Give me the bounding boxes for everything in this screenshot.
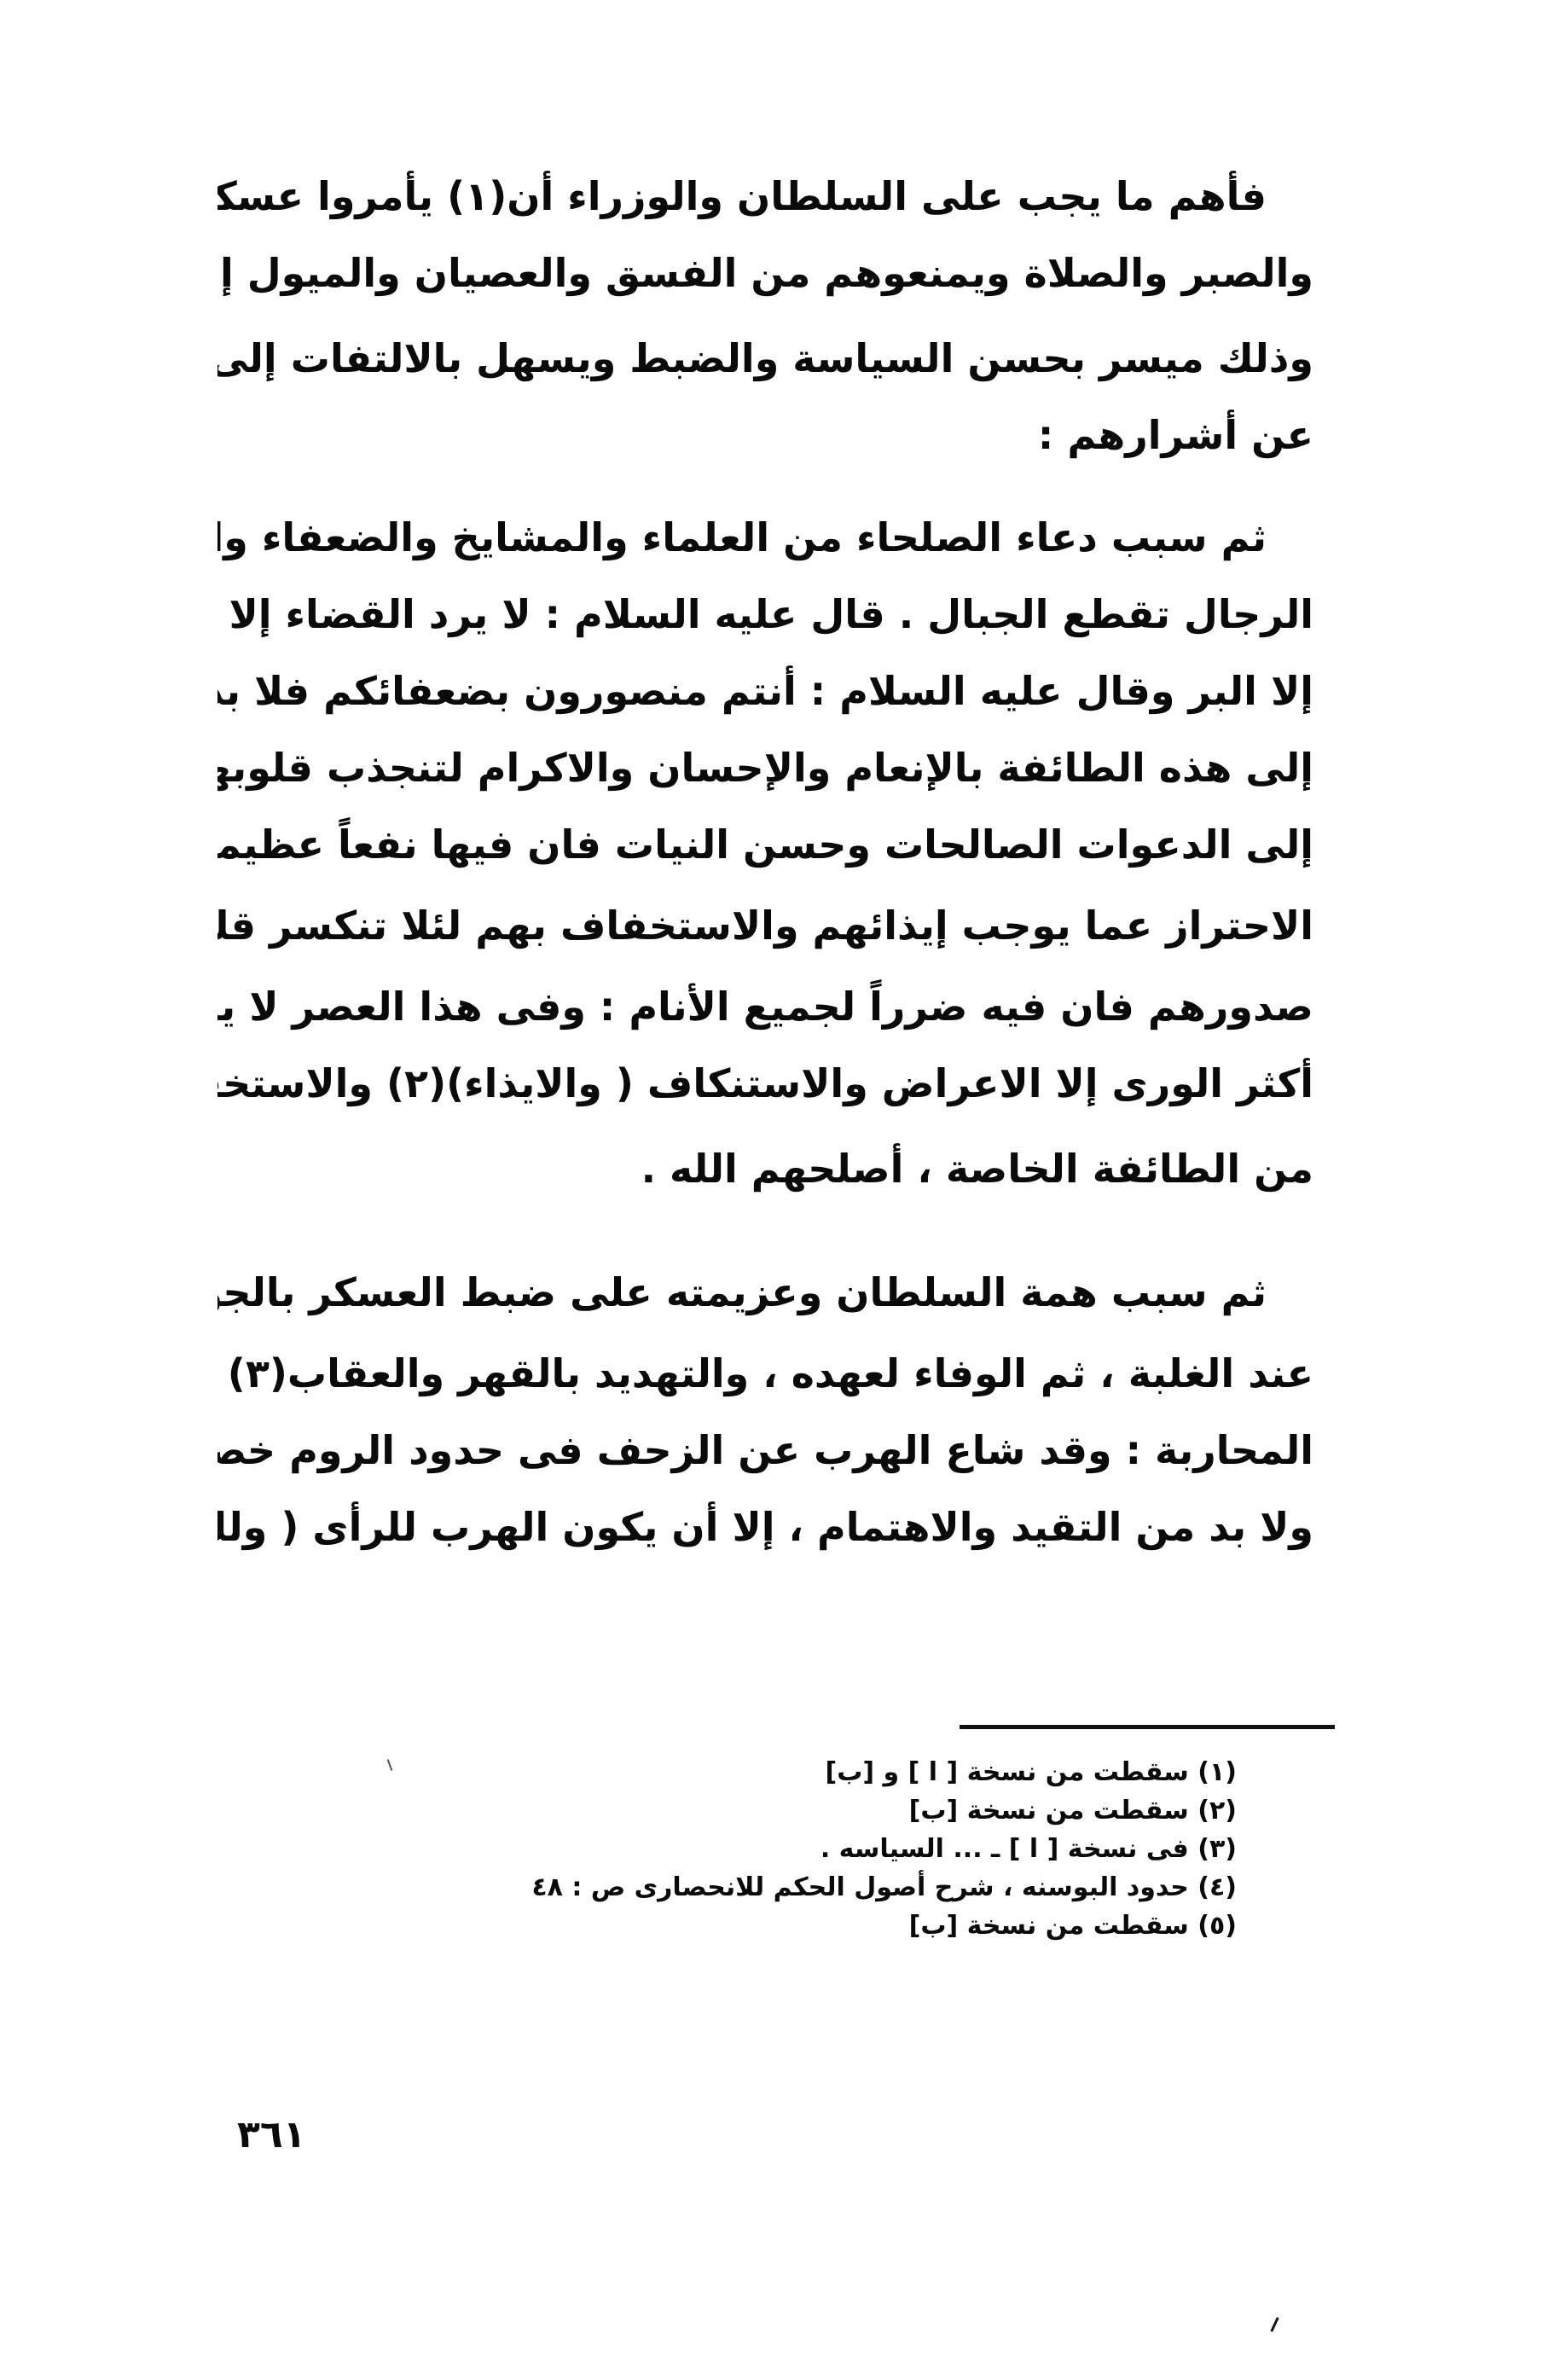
paragraph-2-line-1: ثم سبب دعاء الصلحاء من العلماء والمشايخ … (217, 499, 1313, 576)
paragraph-3-line-2: عند الغلبة ، ثم الوفاء لعهده ، والتهديد … (217, 1335, 1313, 1412)
scan-artifact-speck (387, 1759, 393, 1771)
footnote-3: (٣) فى نسخة [ ا ] ـ ... السياسه . (820, 1830, 1237, 1868)
paragraph-2-line-5: إلى الدعوات الصالحات وحسن النيات فان فيه… (217, 806, 1313, 883)
paragraph-1-line-1: فأهم ما يجب على السلطان والوزراء أن(١) ي… (217, 158, 1313, 235)
paragraph-2-line-6: الاحتراز عما يوجب إيذائهم والاستخفاف بهم… (217, 887, 1313, 964)
footnote-4: (٤) حدود البوسنه ، شرح أصول الحكم للانحص… (531, 1868, 1237, 1907)
paragraph-1-line-3: وذلك ميسر بحسن السياسة والضبط ويسهل بالا… (217, 320, 1313, 397)
paragraph-2-line-2: الرجال تقطع الجبال . قال عليه السلام : ل… (217, 576, 1313, 653)
page-number: ٣٦١ (237, 2114, 306, 2157)
paragraph-1-line-2: والصبر والصلاة ويمنعوهم من الفسق والعصيا… (217, 235, 1313, 311)
footnote-2: (٢) سقطت من نسخة [ب] (909, 1791, 1237, 1830)
footnote-5: (٥) سقطت من نسخة [ب] (909, 1907, 1237, 1945)
paragraph-2-line-9: من الطائفة الخاصة ، أصلحهم الله . (217, 1130, 1313, 1207)
scan-artifact-mark (1270, 2317, 1279, 2332)
paragraph-3-line-3: المحاربة : وقد شاع الهرب عن الزحف فى حدو… (217, 1412, 1313, 1489)
paragraph-2-line-8: أكثر الورى إلا الاعراض والاستنكاف ( والا… (217, 1045, 1313, 1122)
footnote-divider (960, 1725, 1335, 1729)
paragraph-3-line-1: ثم سبب همة السلطان وعزيمته على ضبط العسك… (217, 1254, 1313, 1331)
paragraph-3-line-4: ولا بد من التقيد والاهتمام ، إلا أن يكون… (217, 1489, 1313, 1565)
footnote-1: (١) سقطت من نسخة [ ا ] و [ب] (826, 1753, 1237, 1791)
paragraph-2-line-3: إلا البر وقال عليه السلام : أنتم منصورون… (217, 653, 1313, 729)
paragraph-1-line-4: عن أشرارهم : (217, 397, 1313, 473)
scanned-book-page: فأهم ما يجب على السلطان والوزراء أن(١) ي… (0, 0, 1554, 2380)
paragraph-2-line-4: إلى هذه الطائفة بالإنعام والإحسان والاكر… (217, 729, 1313, 806)
paragraph-2-line-7: صدورهم فان فيه ضرراً لجميع الأنام : وفى … (217, 968, 1313, 1045)
